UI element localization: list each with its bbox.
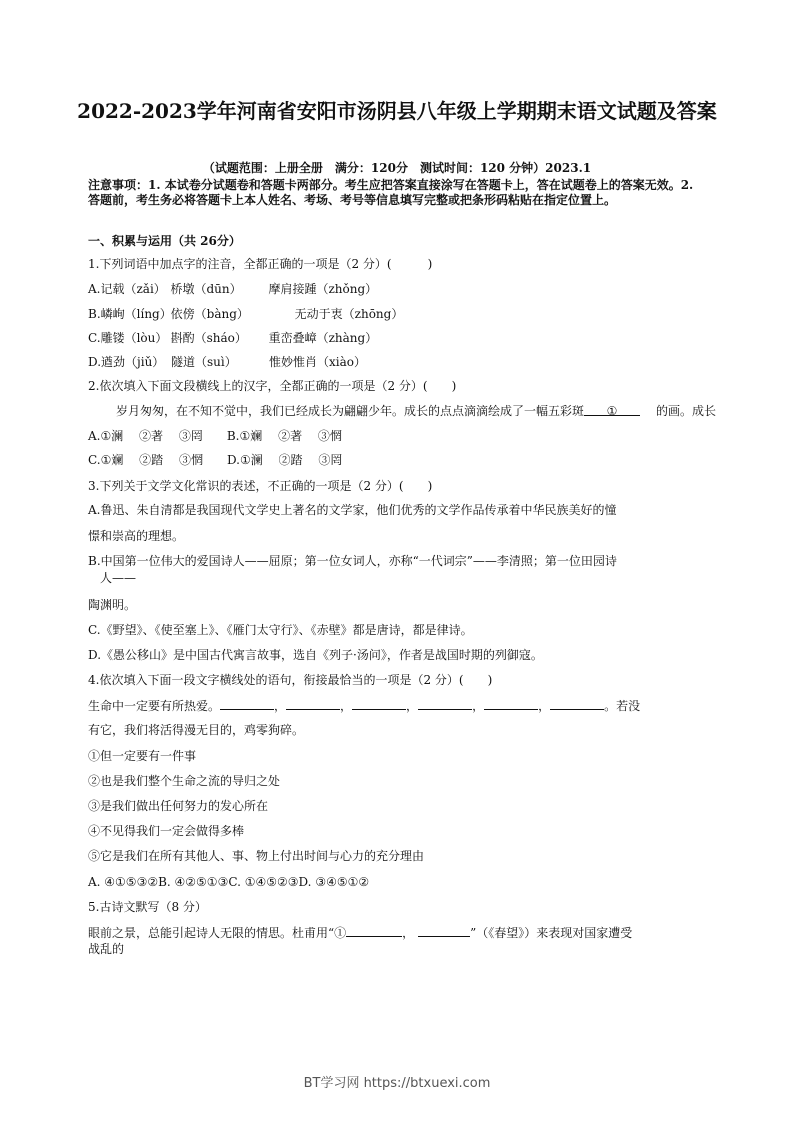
q4-stem: 4.依次填入下面一段文字横线处的语句，衔接最恰当的一项是（2 分）( ) (88, 672, 492, 688)
notice-text: 注意事项：1. 本试卷分试题卷和答题卡两部分。考生应把答案直接涂写在答题卡上，答… (88, 178, 703, 208)
watermark-footer: BT学习网 https://btxuexi.com (0, 1072, 794, 1091)
blank (550, 697, 604, 710)
option-item: 惟妙惟肖（xiào） (269, 355, 366, 369)
passage-text: 岁月匆匆，在不知不觉中，我们已经成长为翩翩少年。成长的点点滴滴绘成了一幅五彩斑 (116, 404, 584, 418)
passage-text: ， (402, 926, 414, 940)
q2-stem: 2.依次填入下面文段横线上的汉字，全都正确的一项是（2 分）( ) (88, 378, 456, 394)
blank (346, 924, 402, 937)
q4-passage-line2: 有它，我们将活得漫无目的，鸡零狗碎。 (88, 722, 304, 738)
passage-text: ”（《春望》）来表现对国家遭受 (470, 926, 632, 940)
q1-option-d: D.遒劲（jiǔ）隧道（suì）惟妙惟肖（xiào） (88, 354, 366, 370)
q4-passage-line1: 生命中一定要有所热爱。，，，，，。若没 (88, 697, 640, 714)
q3-option-a-line2: 憬和崇高的理想。 (88, 528, 184, 544)
option-label: C. (88, 331, 101, 345)
passage-text: 生命中一定要有所热爱。 (88, 699, 220, 713)
section-heading: 一、积累与运用（共 26分） (88, 233, 241, 249)
blank (286, 697, 340, 710)
q3-option-a-line1: A.鲁迅、朱自清都是我国现代文学史上著名的文学家，他们优秀的文学作品传承着中华民… (88, 502, 616, 518)
blank (484, 697, 538, 710)
option-label: B. (88, 307, 101, 321)
option-label: D. (88, 355, 101, 369)
document-title: 2022-2023学年河南省安阳市汤阴县八年级上学期期末语文试题及答案 (60, 96, 734, 126)
q3-option-c: C.《野望》、《使至塞上》、《雁门太守行》、《赤壁》都是唐诗，都是律诗。 (88, 622, 473, 638)
option-item: 摩肩接踵（zhǒng） (268, 282, 377, 296)
q4-sentence-1: ①但一定要有一件事 (88, 748, 196, 764)
option-item: 雕镂（lòu） (101, 330, 155, 346)
option-item: 无动于衷（zhōng） (295, 307, 404, 321)
passage-text: 的画。成长 (656, 404, 716, 418)
exam-info: （试题范围：上册全册 满分：120分 测试时间：120 分钟）2023.1 (0, 160, 794, 176)
blank-1: ① (584, 403, 640, 416)
q3-stem: 3.下列关于文学文化常识的表述，不正确的一项是（2 分）( ) (88, 478, 432, 494)
q3-option-b-line2: 人—— (100, 570, 136, 586)
q4-sentence-5: ⑤它是我们在所有其他人、事、物上付出时间与心力的充分理由 (88, 848, 424, 864)
q1-stem: 1.下列词语中加点字的注音，全都正确的一项是（2 分）( ) (88, 256, 432, 272)
q4-sentence-4: ④不见得我们一定会做得多棒 (88, 823, 244, 839)
option-item: 依傍（bàng） (171, 306, 295, 322)
q2-passage: 岁月匆匆，在不知不觉中，我们已经成长为翩翩少年。成长的点点滴滴绘成了一幅五彩斑①… (116, 403, 716, 419)
passage-text: 眼前之景，总能引起诗人无限的情思。杜甫用“① (88, 926, 346, 940)
q4-options: A. ④①⑤③②B. ④②⑤①③C. ①④⑤②③D. ③④⑤①② (88, 874, 369, 890)
option-item: 重峦叠嶂（zhàng） (269, 331, 378, 345)
exam-page: 2022-2023学年河南省安阳市汤阴县八年级上学期期末语文试题及答案 （试题范… (0, 0, 794, 1122)
blank (220, 697, 274, 710)
option-item: 桥墩（dūn） (170, 281, 268, 297)
q2-options-row1: A.①澜 ②著 ③罔 B.①斓 ②著 ③惘 (88, 428, 342, 444)
q3-option-d: D.《愚公移山》是中国古代寓言故事，选自《列子·汤问》，作者是战国时期的列御寇。 (88, 647, 543, 663)
q1-option-b: B.嶙峋（líng）依傍（bàng）无动于衷（zhōng） (88, 306, 403, 322)
blank-marker: ① (607, 404, 618, 418)
q4-sentence-3: ③是我们做出任何努力的发心所在 (88, 798, 268, 814)
blank (418, 924, 470, 937)
q3-option-b-line1: B.中国第一位伟大的爱国诗人——屈原；第一位女词人，亦称“一代词宗”——李清照；… (88, 553, 617, 569)
option-label: A. (88, 282, 100, 296)
q2-options-row2: C.①斓 ②踏 ③惘 D.①澜 ②踏 ③罔 (88, 452, 342, 468)
q5-line2: 战乱的 (88, 941, 124, 957)
q5-line1: 眼前之景，总能引起诗人无限的情思。杜甫用“①，”（《春望》）来表现对国家遭受 (88, 924, 632, 941)
q1-option-c: C.雕镂（lòu）斟酌（sháo）重峦叠嶂（zhàng） (88, 330, 377, 346)
option-item: 嶙峋（líng） (101, 306, 155, 322)
q4-sentence-2: ②也是我们整个生命之流的导归之处 (88, 773, 280, 789)
blank (352, 697, 406, 710)
passage-text: 。若没 (604, 699, 640, 713)
q5-stem: 5.古诗文默写（8 分） (88, 899, 207, 915)
q1-option-a: A.记载（zǎi）桥墩（dūn）摩肩接踵（zhǒng） (88, 281, 377, 297)
option-item: 记载（zǎi） (100, 281, 154, 297)
option-item: 斟酌（sháo） (171, 330, 269, 346)
option-item: 遒劲（jiǔ） (101, 354, 155, 370)
q3-option-b-line3: 陶渊明。 (88, 597, 136, 613)
blank (418, 697, 472, 710)
option-item: 隧道（suì） (171, 354, 269, 370)
